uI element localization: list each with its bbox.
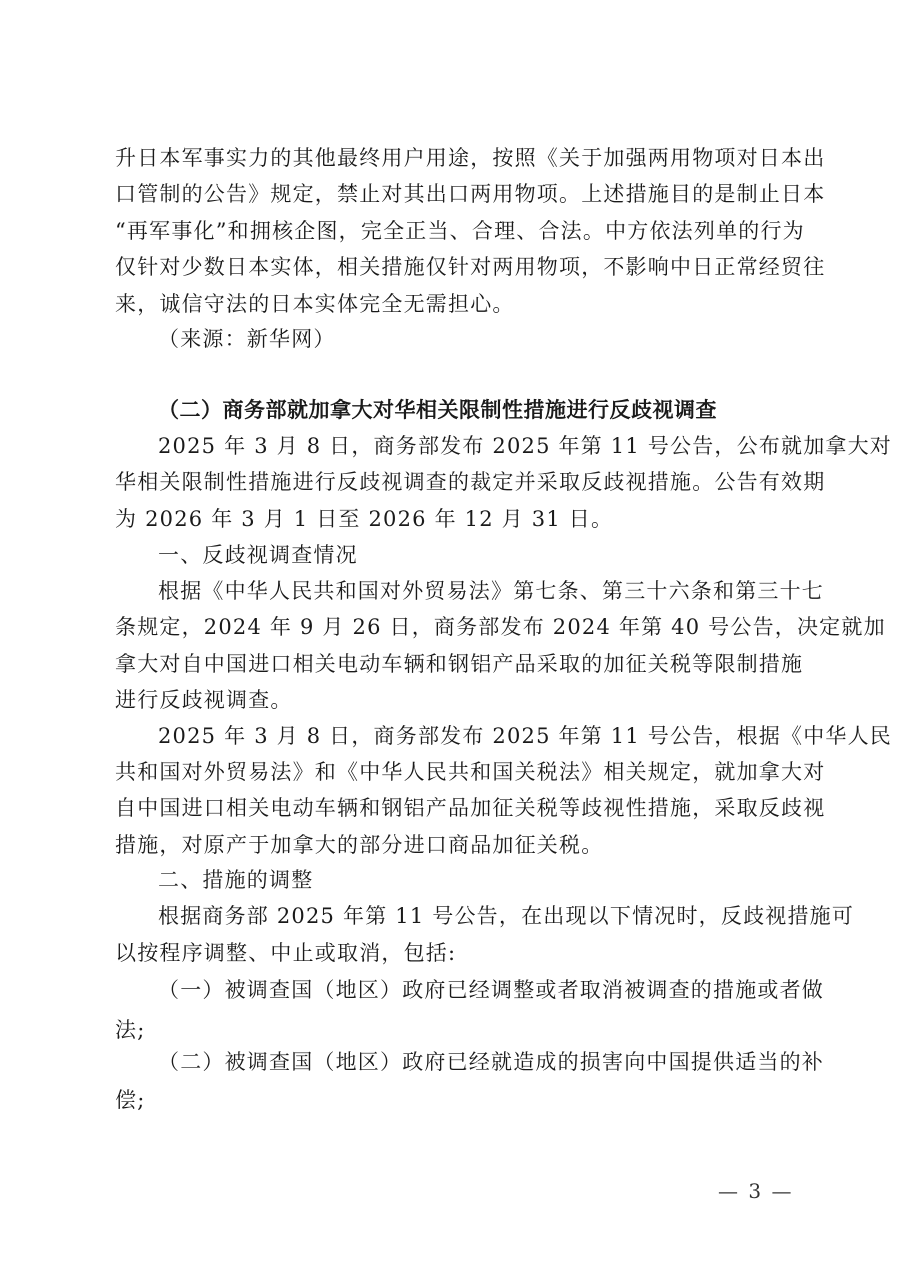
paragraph-line: 口管制的公告》规定，禁止对其出口两用物项。上述措施目的是制止日本 [115, 176, 799, 212]
section-heading: （二）商务部就加拿大对华相关限制性措施进行反歧视调查 [158, 392, 717, 428]
paragraph-line: 拿大对自中国进口相关电动车辆和钢铝产品采取的加征关税等限制措施 [115, 646, 799, 682]
paragraph-line: “再军事化”和拥核企图，完全正当、合理、合法。中方依法列单的行为 [115, 213, 799, 249]
list-item-line: 法; [115, 1012, 799, 1048]
paragraph-line: 措施，对原产于加拿大的部分进口商品加征关税。 [115, 827, 799, 863]
paragraph-line: 来，诚信守法的日本实体完全无需担心。 [115, 286, 799, 322]
paragraph-line: 根据《中华人民共和国对外贸易法》第七条、第三十六条和第三十七 [158, 573, 799, 609]
paragraph-line: 2025 年 3 月 8 日，商务部发布 2025 年第 11 号公告，根据《中… [158, 718, 799, 754]
paragraph-line: 仅针对少数日本实体，相关措施仅针对两用物项，不影响中日正常经贸往 [115, 249, 799, 285]
source-attribution: （来源：新华网） [158, 321, 799, 357]
paragraph-line: 华相关限制性措施进行反歧视调查的裁定并采取反歧视措施。公告有效期 [115, 464, 799, 500]
paragraph-line: 根据商务部 2025 年第 11 号公告，在出现以下情况时，反歧视措施可 [158, 898, 799, 934]
list-item-line: （二）被调查国（地区）政府已经就造成的损害向中国提供适当的补 [158, 1044, 799, 1080]
paragraph-line: 条规定，2024 年 9 月 26 日，商务部发布 2024 年第 40 号公告… [115, 609, 799, 645]
subsection-heading: 二、措施的调整 [158, 862, 799, 898]
document-page: 升日本军事实力的其他最终用户用途，按照《关于加强两用物项对日本出 口管制的公告》… [0, 0, 900, 1272]
paragraph-line: 以按程序调整、中止或取消，包括: [115, 935, 799, 971]
paragraph-line: 为 2026 年 3 月 1 日至 2026 年 12 月 31 日。 [115, 501, 799, 537]
list-item-line: 偿; [115, 1082, 799, 1118]
paragraph-line: 自中国进口相关电动车辆和钢铝产品加征关税等歧视性措施，采取反歧视 [115, 790, 799, 826]
list-item-line: （一）被调查国（地区）政府已经调整或者取消被调查的措施或者做 [158, 972, 799, 1008]
paragraph-line: 升日本军事实力的其他最终用户用途，按照《关于加强两用物项对日本出 [115, 140, 799, 176]
paragraph-line: 共和国对外贸易法》和《中华人民共和国关税法》相关规定，就加拿大对 [115, 754, 799, 790]
paragraph-line: 进行反歧视调查。 [115, 682, 799, 718]
paragraph-line: 2025 年 3 月 8 日，商务部发布 2025 年第 11 号公告，公布就加… [158, 428, 799, 464]
subsection-heading: 一、反歧视调查情况 [158, 537, 799, 573]
page-number: — 3 — [718, 1176, 793, 1206]
